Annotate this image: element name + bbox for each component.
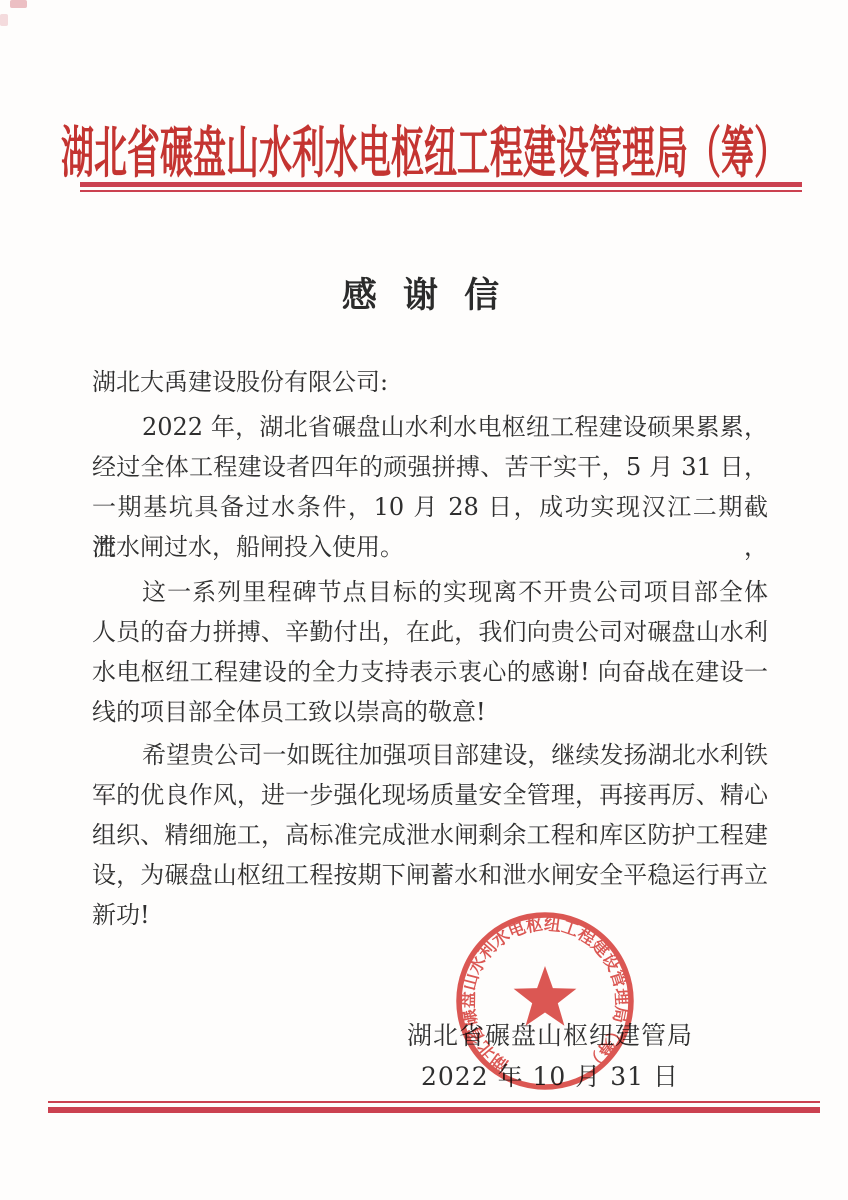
official-seal: 湖北省碾盘山水利水电枢纽工程建设管理局（筹） — [450, 906, 640, 1096]
letter-title: 感 谢 信 — [0, 268, 848, 318]
body-line: 经过全体工程建设者四年的顽强拼搏、苦干实干，5 月 31 日， — [92, 447, 768, 487]
letterhead-org-name: 湖北省碾盘山水利水电枢纽工程建设管理局（筹） — [40, 110, 808, 189]
body-line: 2022 年，湖北省碾盘山水利水电枢纽工程建设硕果累累， — [92, 407, 768, 447]
header-rule-thick — [80, 182, 802, 187]
body-line: 这一系列里程碑节点目标的实现离不开贵公司项目部全体 — [92, 572, 768, 612]
body-line: 线的项目部全体员工致以崇高的敬意! — [92, 692, 768, 732]
salutation: 湖北大禹建设股份有限公司: — [92, 362, 768, 402]
footer-rule-thin — [48, 1101, 820, 1103]
body-line: 军的优良作风，进一步强化现场质量安全管理，再接再厉、精心 — [92, 775, 768, 815]
body-line: 水电枢纽工程建设的全力支持表示衷心的感谢! 向奋战在建设一 — [92, 652, 768, 692]
body-line: 设，为碾盘山枢纽工程按期下闸蓄水和泄水闸安全平稳运行再立 — [92, 855, 768, 895]
body-line: 人员的奋力拼搏、辛勤付出，在此，我们向贵公司对碾盘山水利 — [92, 612, 768, 652]
footer-rule-thick — [48, 1107, 820, 1113]
seal-star-icon — [514, 966, 577, 1026]
header-rule-thin — [80, 190, 802, 192]
letter-page: 湖北省碾盘山水利水电枢纽工程建设管理局（筹） 感 谢 信 湖北大禹建设股份有限公… — [0, 0, 848, 1200]
body-line: 希望贵公司一如既往加强项目部建设，继续发扬湖北水利铁 — [92, 735, 768, 775]
body-line: 组织、精细施工，高标准完成泄水闸剩余工程和库区防护工程建 — [92, 815, 768, 855]
scan-artifact — [0, 14, 8, 26]
body-line: 新功! — [92, 895, 768, 935]
body-line: 一期基坑具备过水条件，10 月 28 日，成功实现汉江二期截流， — [92, 487, 768, 527]
letter-body: 湖北大禹建设股份有限公司: 2022 年，湖北省碾盘山水利水电枢纽工程建设硕果累… — [92, 362, 768, 935]
scan-artifact — [10, 0, 27, 8]
